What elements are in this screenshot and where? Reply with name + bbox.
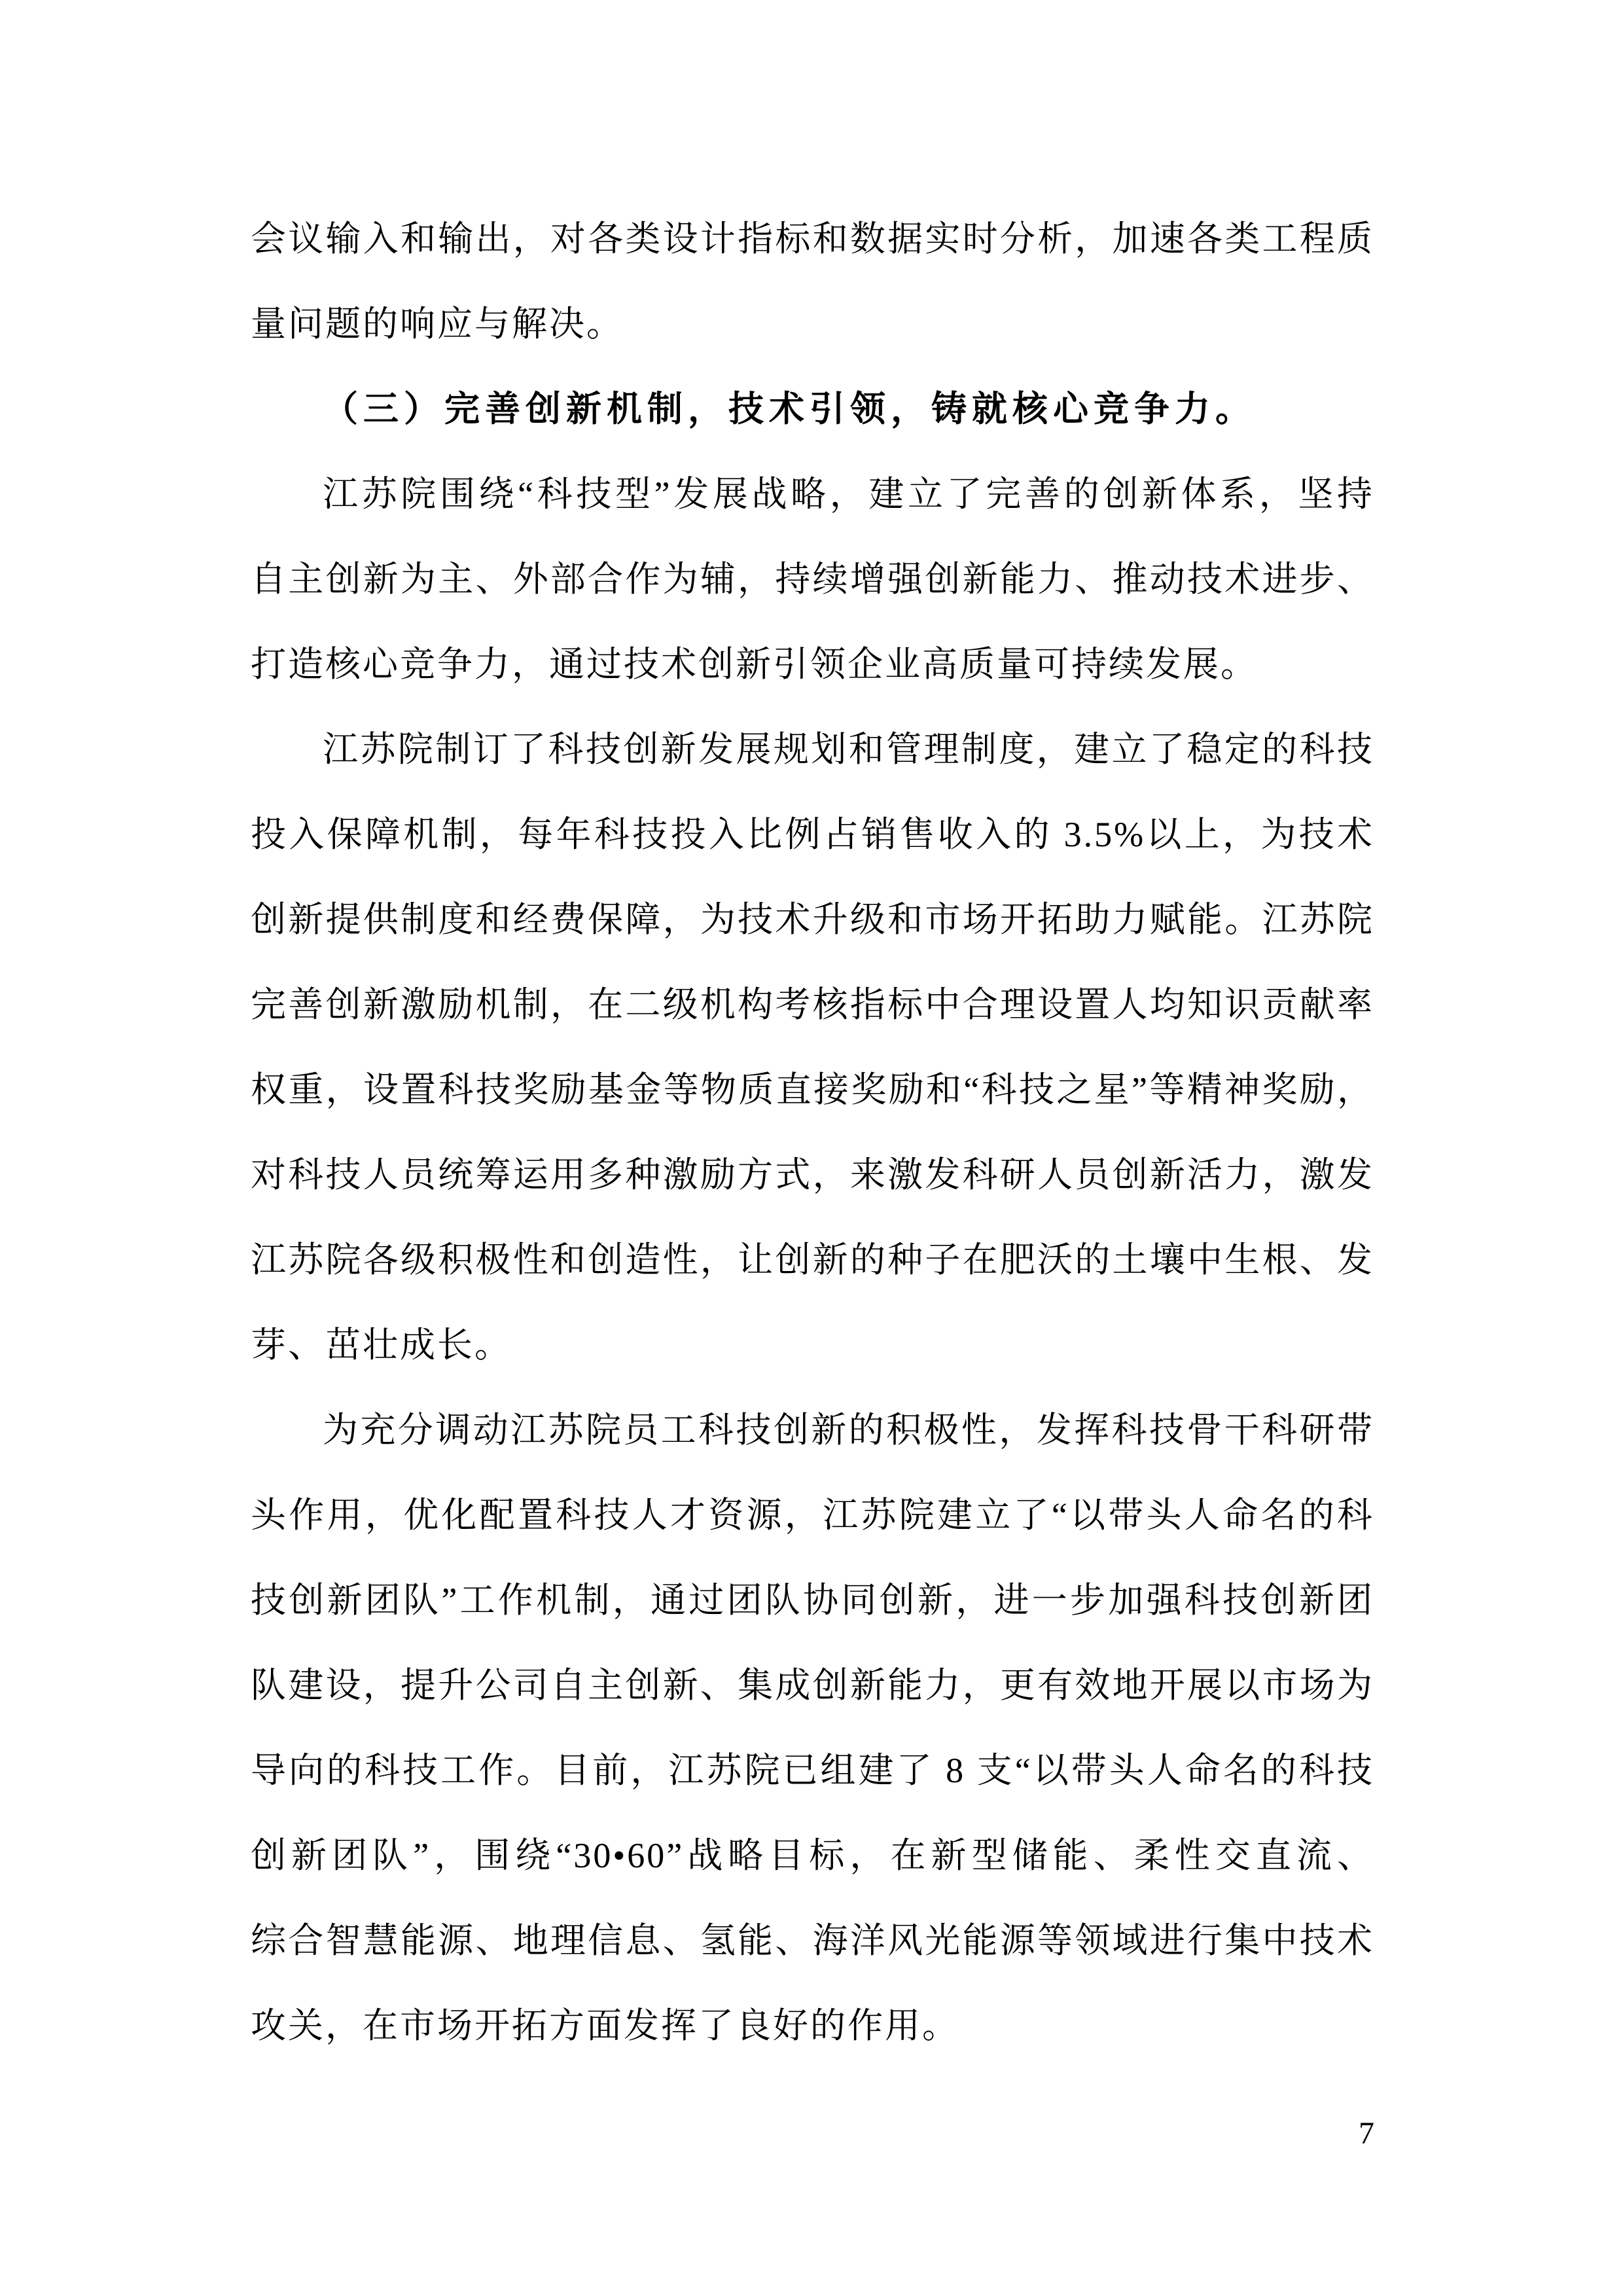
- body-line: 创新团队”，围绕“30•60”战略目标，在新型储能、柔性交直流、: [251, 1813, 1374, 1898]
- body-line: 队建设，提升公司自主创新、集成创新能力，更有效地开展以市场为: [251, 1643, 1374, 1728]
- page-body-text: 会议输入和输出，对各类设计指标和数据实时分析，加速各类工程质 量问题的响应与解决…: [251, 196, 1374, 2068]
- body-line: 为充分调动江苏院员工科技创新的积极性，发挥科技骨干科研带: [251, 1388, 1374, 1473]
- body-line: 头作用，优化配置科技人才资源，江苏院建立了“以带头人命名的科: [251, 1473, 1374, 1558]
- body-line: 量问题的响应与解决。: [251, 281, 1374, 367]
- body-line: 完善创新激励机制，在二级机构考核指标中合理设置人均知识贡献率: [251, 962, 1374, 1047]
- body-line: 技创新团队”工作机制，通过团队协同创新，进一步加强科技创新团: [251, 1558, 1374, 1643]
- body-line: 导向的科技工作。目前，江苏院已组建了 8 支“以带头人命名的科技: [251, 1728, 1374, 1813]
- body-line: 攻关，在市场开拓方面发挥了良好的作用。: [251, 1983, 1374, 2068]
- body-line: 权重，设置科技奖励基金等物质直接奖励和“科技之星”等精神奖励，: [251, 1047, 1374, 1132]
- body-line: 综合智慧能源、地理信息、氢能、海洋风光能源等领域进行集中技术: [251, 1898, 1374, 1983]
- body-line: 江苏院制订了科技创新发展规划和管理制度，建立了稳定的科技: [251, 707, 1374, 792]
- document-page: 会议输入和输出，对各类设计指标和数据实时分析，加速各类工程质 量问题的响应与解决…: [0, 0, 1623, 2296]
- body-line: 打造核心竞争力，通过技术创新引领企业高质量可持续发展。: [251, 622, 1374, 707]
- body-line: 创新提供制度和经费保障，为技术升级和市场开拓助力赋能。江苏院: [251, 877, 1374, 962]
- page-number: 7: [251, 2114, 1374, 2153]
- body-line: 会议输入和输出，对各类设计指标和数据实时分析，加速各类工程质: [251, 196, 1374, 281]
- section-heading: （三）完善创新机制，技术引领，铸就核心竞争力。: [251, 367, 1374, 452]
- body-line: 对科技人员统筹运用多种激励方式，来激发科研人员创新活力，激发: [251, 1132, 1374, 1217]
- body-line: 自主创新为主、外部合作为辅，持续增强创新能力、推动技术进步、: [251, 537, 1374, 622]
- body-line: 江苏院各级积极性和创造性，让创新的种子在肥沃的土壤中生根、发: [251, 1217, 1374, 1302]
- body-line: 江苏院围绕“科技型”发展战略，建立了完善的创新体系，坚持: [251, 452, 1374, 537]
- body-line: 芽、茁壮成长。: [251, 1302, 1374, 1388]
- body-line: 投入保障机制，每年科技投入比例占销售收入的 3.5%以上，为技术: [251, 792, 1374, 877]
